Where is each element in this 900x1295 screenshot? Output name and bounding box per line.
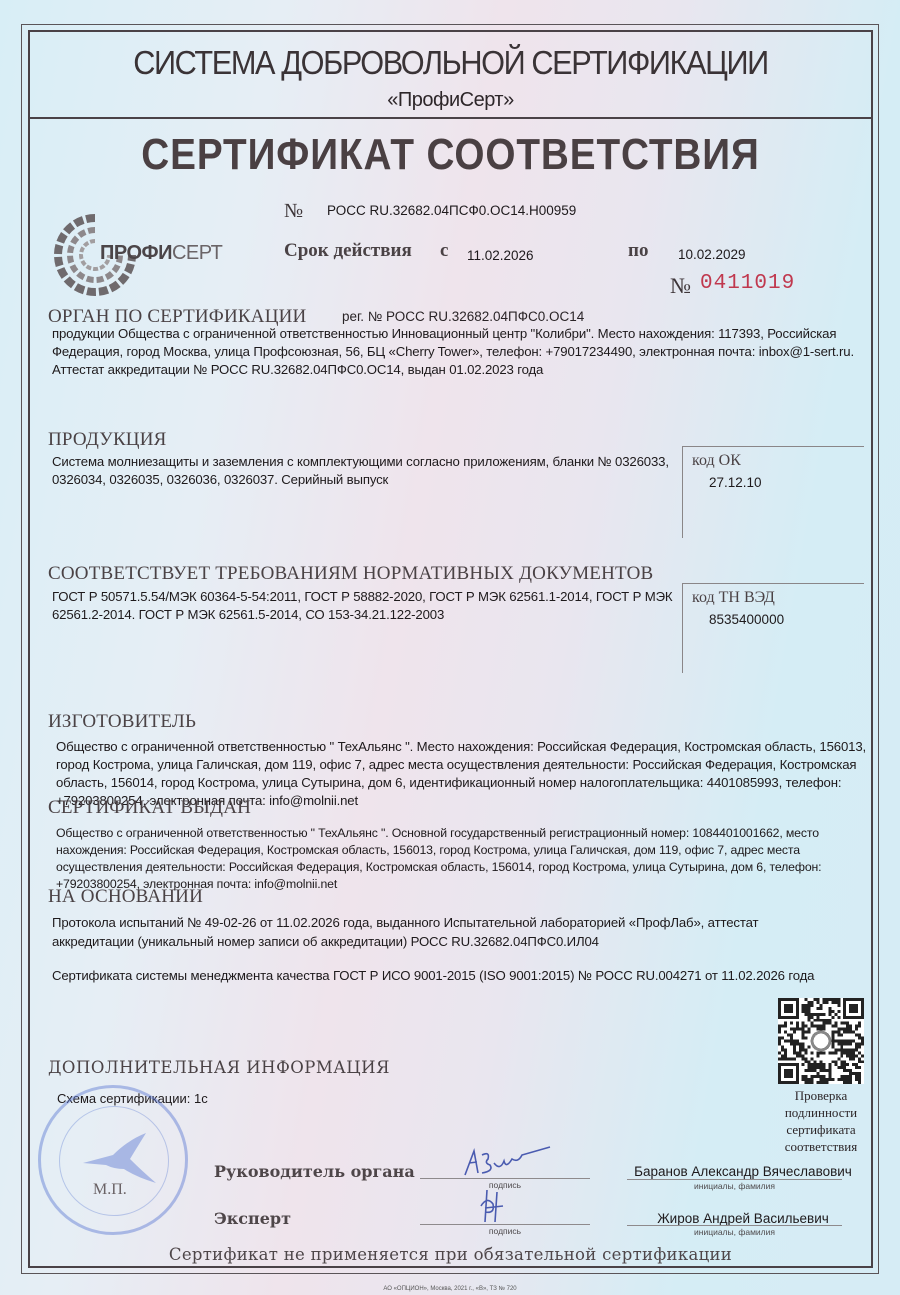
stamp-place-label: М.П.: [93, 1181, 127, 1199]
head-signature-icon: [460, 1145, 555, 1180]
basis-test-report: Протокола испытаний № 49-02-26 от 11.02.…: [52, 913, 832, 951]
expert-signature-icon: [475, 1188, 515, 1226]
hummingbird-icon: [38, 1085, 188, 1235]
qr-caption-line: соответствия: [762, 1138, 880, 1155]
qr-caption-line: Проверка: [762, 1087, 880, 1104]
tnved-code-label: код ТН ВЭД: [692, 589, 775, 607]
additional-heading: ДОПОЛНИТЕЛЬНАЯ ИНФОРМАЦИЯ: [48, 1058, 390, 1077]
validity-label: Срок действия: [284, 240, 412, 262]
qr-code-icon[interactable]: [778, 998, 864, 1084]
standards-heading: СООТВЕТСТВУЕТ ТРЕБОВАНИЯМ НОРМАТИВНЫХ ДО…: [48, 563, 653, 585]
profisert-logo: ПРОФИСЕРТ: [50, 210, 230, 300]
qr-caption-line: сертификата: [762, 1121, 880, 1138]
authority-text: продукции Общества с ограниченной ответс…: [52, 325, 867, 379]
manufacturer-heading: ИЗГОТОВИТЕЛЬ: [48, 711, 196, 733]
ok-code-value: 27.12.10: [709, 475, 762, 490]
valid-from-label: с: [440, 240, 448, 262]
head-label: Руководитель органа: [214, 1162, 415, 1181]
product-text: Система молниезащиты и заземления с комп…: [52, 453, 682, 489]
valid-from-date: 11.02.2026: [467, 248, 534, 263]
blank-number-sign: №: [670, 273, 691, 299]
system-title: СИСТЕМА ДОБРОВОЛЬНОЙ СЕРТИФИКАЦИИ: [58, 44, 844, 82]
ok-code-box: код ОК 27.12.10: [682, 446, 864, 538]
document-title: СЕРТИФИКАТ СООТВЕТСТВИЯ: [79, 130, 823, 180]
printer-info: АО «ОПЦИОН», Москва, 2021 г., «В», ТЗ № …: [300, 1286, 600, 1292]
cert-number-sign: №: [284, 200, 303, 223]
expert-name-line: [627, 1225, 842, 1226]
authority-reg-number: рег. № РОСС RU.32682.04ПФС0.ОС14: [342, 309, 584, 324]
ok-code-label: код ОК: [692, 452, 741, 470]
tnved-code-value: 8535400000: [709, 612, 784, 627]
organization-stamp: [38, 1085, 188, 1235]
head-name-caption: инициалы, фамилия: [627, 1181, 842, 1191]
head-name: Баранов Александр Вячеславович: [623, 1164, 863, 1179]
issued-to-heading: СЕРТИФИКАТ ВЫДАН: [48, 797, 251, 819]
qr-code-graphic: [778, 998, 864, 1084]
cert-number: РОСС RU.32682.04ПСФ0.ОС14.Н00959: [327, 203, 576, 218]
logo-light-text: СЕРТ: [172, 242, 222, 264]
basis-qms-certificate: Сертификата системы менеджмента качества…: [52, 966, 832, 985]
logo-text: ПРОФИСЕРТ: [100, 242, 222, 265]
expert-label: Эксперт: [214, 1209, 291, 1228]
qr-caption-line: подлинности: [762, 1104, 880, 1121]
head-name-line: [627, 1179, 842, 1180]
tnved-code-box: код ТН ВЭД 8535400000: [682, 583, 864, 673]
header-divider: [28, 117, 873, 119]
issued-to-text: Общество с ограниченной ответственностью…: [56, 825, 874, 893]
logo-bold-text: ПРОФИ: [100, 242, 172, 264]
system-name: «ПрофиСерт»: [28, 89, 873, 112]
footer-notice: Сертификат не применяется при обязательн…: [28, 1245, 873, 1264]
expert-name: Жиров Андрей Васильевич: [623, 1211, 863, 1226]
expert-name-caption: инициалы, фамилия: [627, 1227, 842, 1237]
valid-to-date: 10.02.2029: [678, 247, 746, 262]
blank-serial-number: 0411019: [700, 272, 795, 295]
product-heading: ПРОДУКЦИЯ: [48, 429, 167, 451]
standards-text: ГОСТ Р 50571.5.54/МЭК 60364-5-54:2011, Г…: [52, 588, 682, 624]
qr-caption: Проверка подлинности сертификата соответ…: [762, 1087, 880, 1155]
valid-to-label: по: [628, 240, 648, 262]
basis-heading: НА ОСНОВАНИИ: [48, 886, 203, 908]
expert-signature-caption: подпись: [460, 1226, 550, 1236]
